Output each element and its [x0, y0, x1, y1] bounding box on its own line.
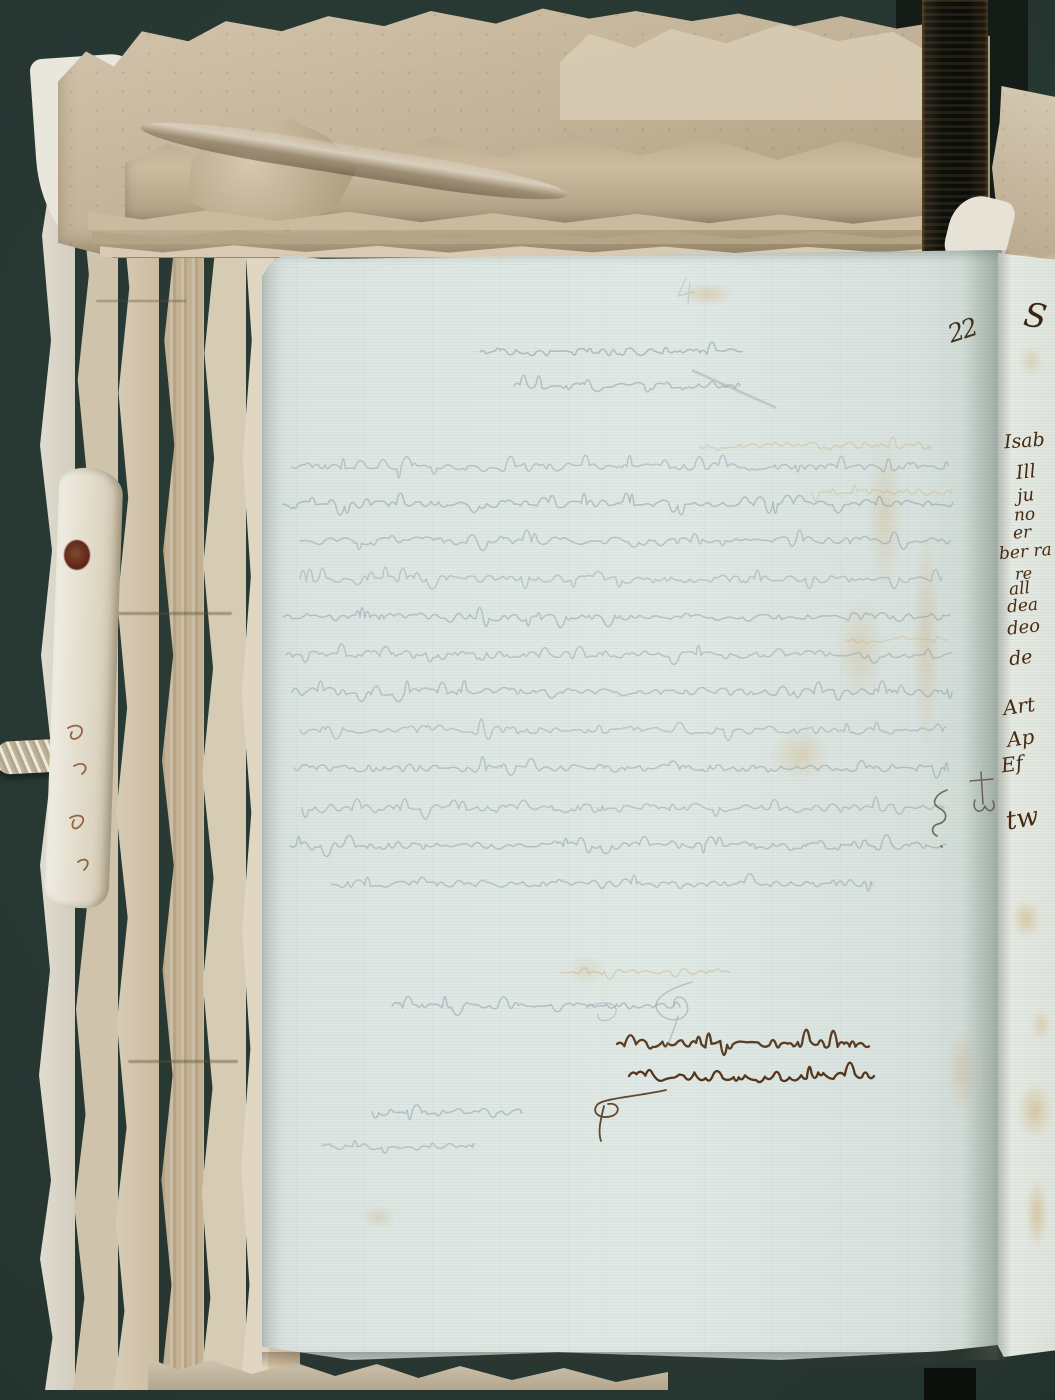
mirrored-address-lines-line: [372, 1105, 522, 1120]
tan-showthrough-line: [560, 968, 730, 980]
gutter-text-fragment: Ill: [1015, 460, 1037, 484]
tan-showthrough-line: [700, 437, 930, 450]
gutter-text-fragment: dea: [1006, 595, 1039, 618]
mirrored-body-line: [284, 607, 950, 627]
fragment-mark-1: [68, 726, 82, 739]
mirrored-body-line: [286, 644, 952, 665]
fragment-mark-4: [78, 860, 88, 870]
mirrored-body-line: [283, 493, 953, 515]
mirrored-body-line: [302, 797, 944, 819]
mirrored-body-line: [292, 681, 952, 702]
mirrored-body-line: [300, 567, 942, 589]
gutter-text-fragment: tw: [1004, 801, 1041, 836]
grey-paraph: [656, 982, 692, 1048]
gutter-text-fragment: Art: [1001, 692, 1036, 720]
offset-signature-line: [629, 1063, 874, 1082]
tan-showthrough-line: [812, 486, 952, 501]
mirrored-body-line: [300, 530, 950, 550]
mirrored-body-line: [294, 757, 948, 778]
archival-manuscript-photo: 22 S IsabIlljunoerber rarealldeadeodeArt…: [0, 0, 1055, 1400]
signature-flourish: [595, 1090, 666, 1141]
gutter-text-fragment: Ap: [1005, 724, 1035, 752]
mirrored-closing-line-line: [392, 997, 680, 1016]
offset-signature-line: [617, 1030, 869, 1055]
mirrored-heading-line: [514, 375, 740, 392]
mirrored-body-line: [300, 719, 946, 740]
pen-trial-cross: [970, 772, 994, 811]
gutter-text-fragment: er: [1012, 522, 1032, 543]
mirrored-body-line: [290, 835, 946, 857]
fragment-mark-3: [70, 816, 83, 829]
gutter-text-fragment: deo: [1006, 615, 1041, 639]
mirrored-address-lines-line: [322, 1141, 474, 1154]
pen-trial-squiggle: [933, 790, 947, 847]
tan-showthrough-line: [846, 636, 946, 642]
fragment-mark-2: [74, 764, 86, 774]
faint-top-mark: [678, 278, 694, 304]
gutter-text-fragment: Isab: [1003, 429, 1045, 454]
mirrored-body-line: [332, 874, 872, 891]
mirrored-body-line: [292, 455, 948, 478]
gutter-text-fragment: Ef: [999, 751, 1024, 778]
handwriting-overlay: [0, 0, 1055, 1400]
mirrored-heading-line: [480, 342, 742, 356]
gutter-text-fragment: de: [1008, 646, 1034, 670]
